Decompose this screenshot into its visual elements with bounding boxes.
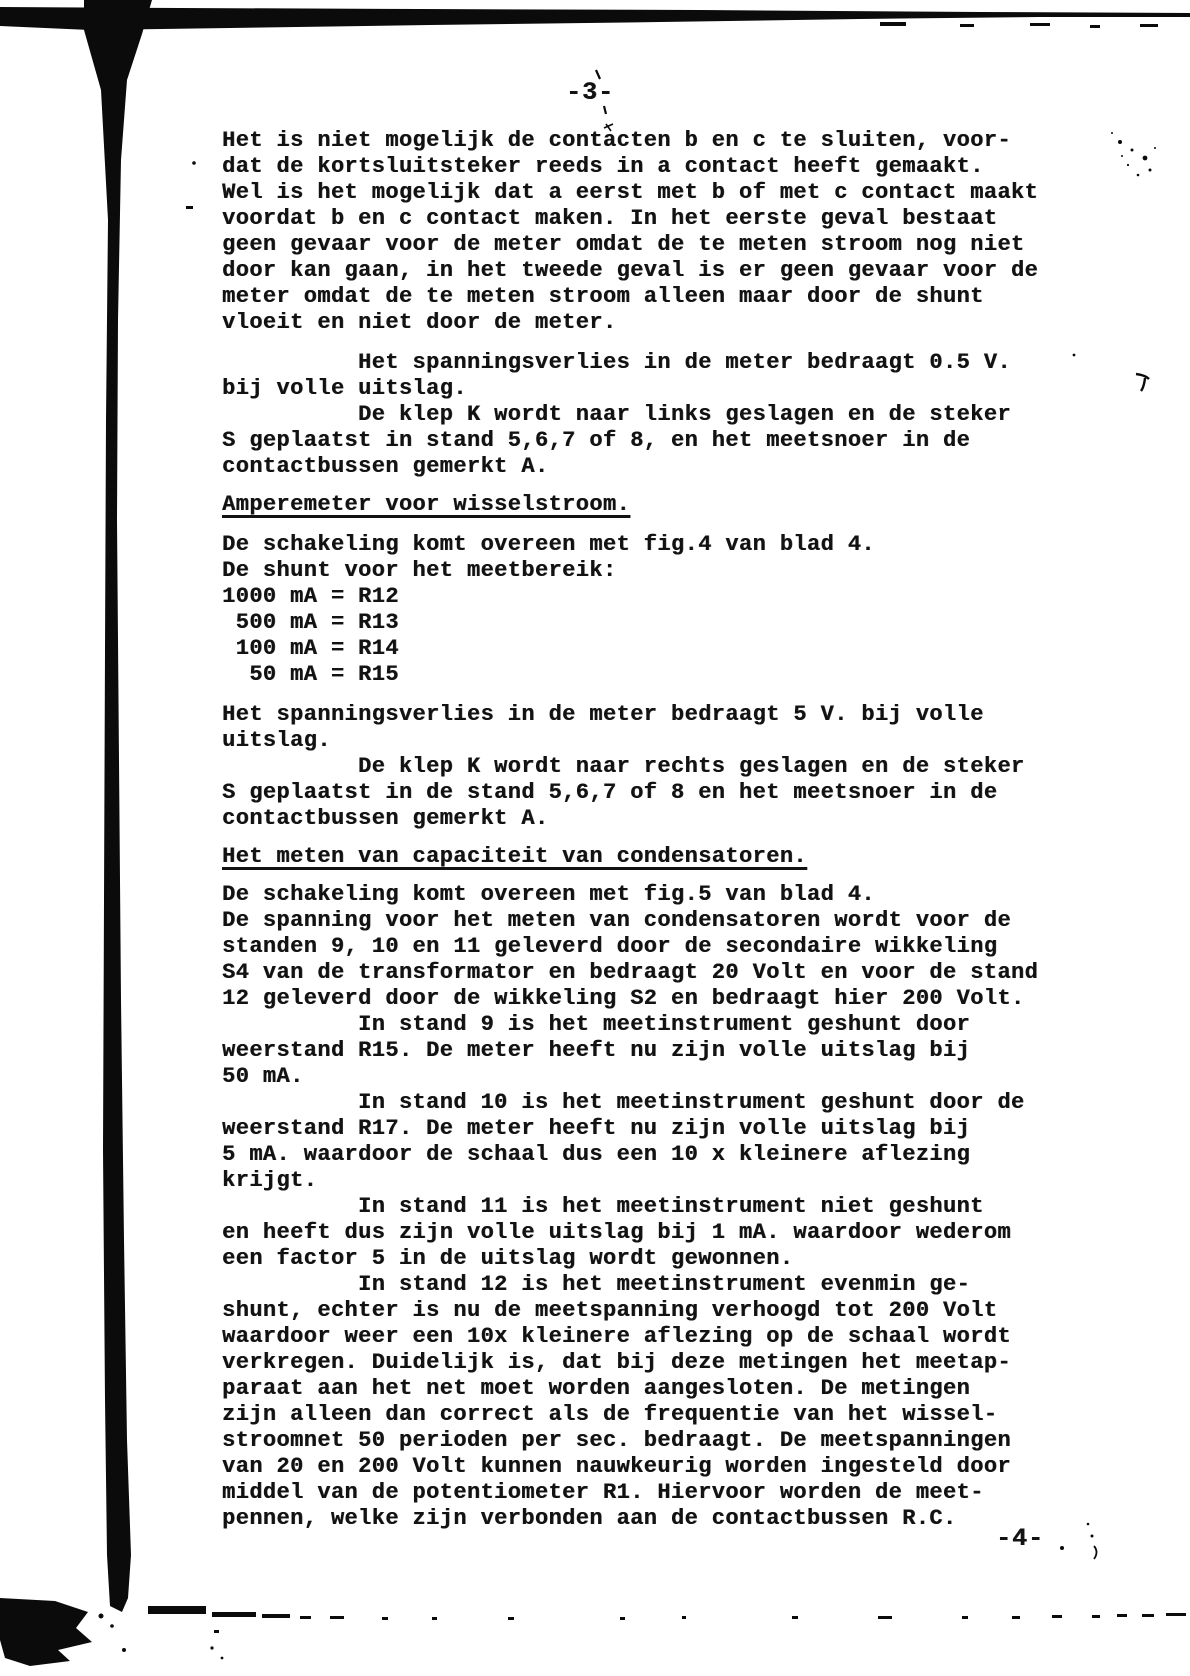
left-edge-scan-band — [84, 0, 152, 1612]
bottom-right-speck — [1060, 1546, 1064, 1550]
top-edge-speck — [880, 22, 906, 26]
paragraph-ac-circuit-and-shunts: De schakeling komt overeen met fig.4 van… — [222, 532, 1122, 688]
left-margin-speck — [186, 206, 193, 209]
bottom-left-ink-blob — [0, 1598, 92, 1666]
section-heading-ac-ammeter: Amperemeter voor wisselstroom. — [222, 492, 1122, 518]
bottom-left-speck — [221, 1657, 224, 1660]
paragraph-ac-voltage-note: Het spanningsverlies in de meter bedraag… — [222, 702, 1122, 832]
bottom-left-speck — [110, 1624, 114, 1628]
bottom-left-speck — [214, 1630, 219, 1633]
page-number-stray-mark — [604, 106, 606, 114]
bottom-right-speck — [1091, 1535, 1094, 1538]
scanned-document-page: -3- -4- Het is niet mogelijk de contacte… — [0, 0, 1190, 1676]
top-edge-speck — [1090, 25, 1100, 28]
paragraph-intro: Het is niet mogelijk de contacten b en c… — [222, 128, 1122, 336]
top-edge-scan-band — [0, 7, 1190, 30]
right-margin-stray-mark — [1136, 374, 1149, 391]
bottom-left-speck — [210, 1646, 213, 1649]
bottom-left-speck — [99, 1614, 104, 1619]
top-edge-speck — [960, 24, 974, 27]
top-edge-speck — [1140, 24, 1158, 27]
left-margin-speck — [192, 161, 196, 165]
text-column: Het is niet mogelijk de contacten b en c… — [222, 128, 1122, 1532]
bottom-left-speck — [122, 1648, 126, 1652]
paragraph-dc-voltage-note: Het spanningsverlies in de meter bedraag… — [222, 350, 1122, 480]
page-number-top: -3- — [566, 78, 614, 107]
section-heading-capacitance: Het meten van capaciteit van condensator… — [222, 844, 1122, 870]
top-edge-speck — [1030, 23, 1050, 26]
paragraph-capacitance-measurement: De schakeling komt overeen met fig.5 van… — [222, 882, 1122, 1532]
bottom-right-stray-mark — [1094, 1546, 1097, 1559]
bottom-edge-dashed-line — [148, 1606, 1186, 1620]
